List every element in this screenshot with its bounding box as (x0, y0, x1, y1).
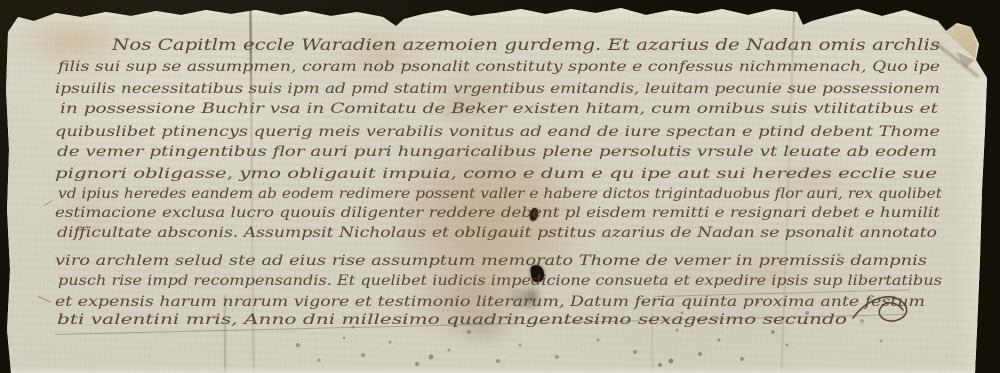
manuscript-line: in possessione Buchir vsa in Comitatu de… (60, 101, 939, 117)
manuscript-line: viro archlem selud ste ad eius rise assu… (55, 253, 927, 269)
parchment-sheet: Nos Capitlm eccle Waradien azemoien gurd… (0, 0, 1000, 373)
manuscript-line: vd ipius heredes eandem ab eodem redimer… (58, 186, 943, 202)
manuscript-line: bti valentini mris, Anno dni millesimo q… (57, 312, 847, 328)
manuscript-line: Nos Capitlm eccle Waradien azemoien gurd… (111, 36, 940, 54)
manuscript-line: filis sui sup se assumpmen, coram nob ps… (57, 59, 940, 75)
speckle-field (0, 0, 2, 2)
manuscript-line: pusch rise impd recompensandis. Et queli… (58, 273, 942, 289)
manuscript-line: difficultate absconis. Assumpsit Nichola… (57, 225, 937, 241)
scanned-document-photo: Nos Capitlm eccle Waradien azemoien gurd… (0, 0, 1000, 373)
manuscript-line: ipsuilis necessitatibus suis ipm ad pmd … (55, 81, 940, 97)
manuscript-line: de vemer ptingentibus flor auri puri hun… (57, 144, 937, 160)
manuscript-line: estimacione exclusa lucro quouis diligen… (55, 205, 941, 221)
manuscript-text-layer: Nos Capitlm eccle Waradien azemoien gurd… (0, 0, 1000, 373)
manuscript-line: pignori obligasse, ymo obligauit impuia,… (55, 166, 937, 182)
manuscript-line: et expensis harum nrarum vigore et testi… (55, 294, 925, 310)
manuscript-line: quibuslibet ptinencys querig meis verabi… (55, 124, 940, 140)
